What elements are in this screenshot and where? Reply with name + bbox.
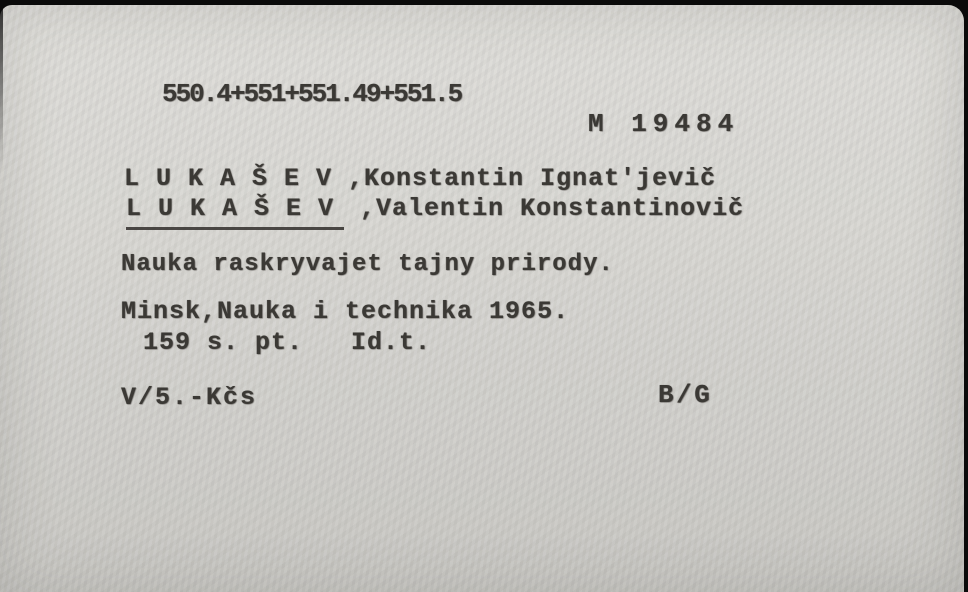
photo-edge-left bbox=[0, 5, 3, 170]
book-title: Nauka raskryvajet tajny prirody. bbox=[121, 253, 614, 277]
author-line-1: L U K A Š E V ,Konstantin Ignat'jevič bbox=[124, 166, 716, 191]
udc-classification-number: 550.4+551+551.49+551.5 bbox=[162, 81, 461, 107]
author-line-2: L U K A Š E V ,Valentin Konstantinovič bbox=[126, 196, 744, 221]
accession-number: M 19484 bbox=[588, 111, 739, 137]
author-2-surname-underlined: L U K A Š E V bbox=[126, 194, 344, 230]
scanned-catalog-card-photo: 550.4+551+551.49+551.5 M 19484 L U K A Š… bbox=[0, 0, 968, 592]
cataloguer-initials: B/G bbox=[658, 382, 712, 408]
author-1-given-names: ,Konstantin Ignat'jevič bbox=[332, 164, 716, 193]
author-2-given-names: ,Valentin Konstantinovič bbox=[344, 194, 744, 223]
author-1-surname: L U K A Š E V bbox=[124, 164, 332, 193]
collation-pages-note: 159 s. pt. Id.t. bbox=[143, 330, 431, 355]
price-code: V/5.-Kčs bbox=[121, 385, 257, 410]
imprint-place-publisher-year: Minsk,Nauka i technika 1965. bbox=[121, 299, 569, 324]
